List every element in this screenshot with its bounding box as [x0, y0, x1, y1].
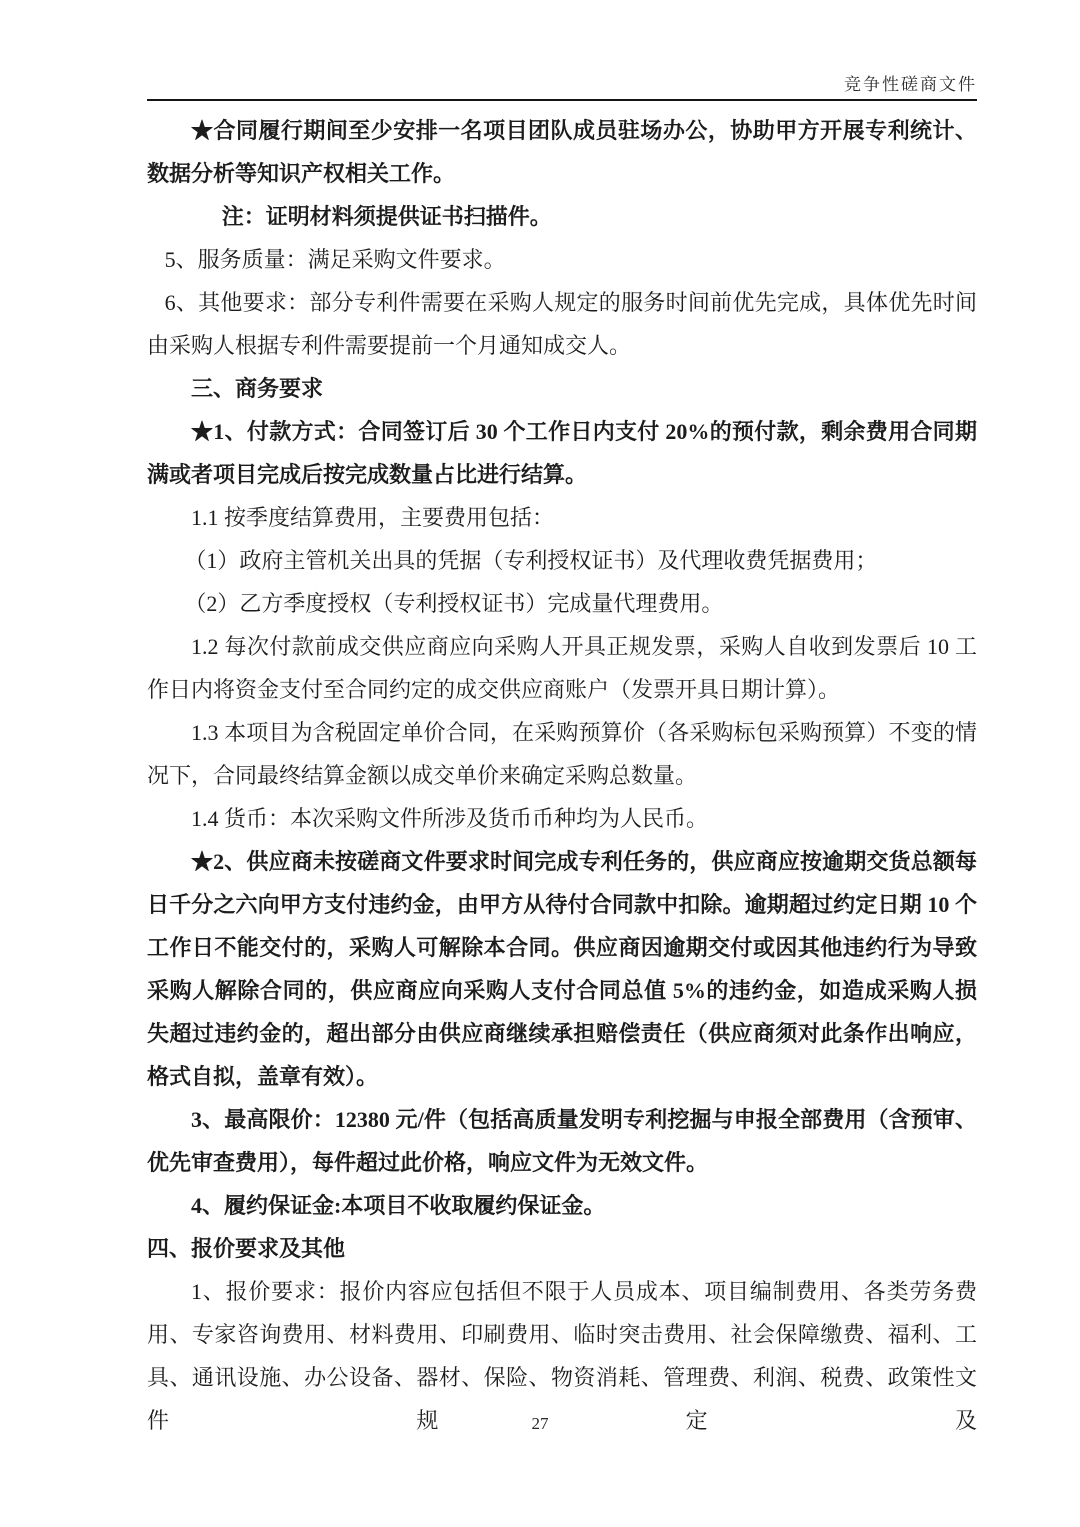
header-title: 竞争性磋商文件: [147, 70, 977, 95]
paragraph-performance-bond: 4、履约保证金:本项目不收取履约保证金。: [147, 1184, 977, 1227]
heading-section-3: 三、商务要求: [147, 367, 977, 410]
paragraph-1-4: 1.4 货币：本次采购文件所涉及货币币种均为人民币。: [147, 797, 977, 840]
document-page: 竞争性磋商文件 ★合同履行期间至少安排一名项目团队成员驻场办公，协助甲方开展专利…: [0, 0, 1080, 1527]
heading-section-4: 四、报价要求及其他: [147, 1227, 977, 1270]
paragraph-1-2: 1.2 每次付款前成交供应商应向采购人开具正规发票，采购人自收到发票后 10 工…: [147, 625, 977, 711]
paragraph-1-1: 1.1 按季度结算费用，主要费用包括：: [147, 496, 977, 539]
page-header: 竞争性磋商文件: [147, 70, 977, 101]
paragraph-item-5: 5、服务质量：满足采购文件要求。: [147, 238, 977, 281]
paragraph-max-price: 3、最高限价：12380 元/件（包括高质量发明专利挖掘与申报全部费用（含预审、…: [147, 1098, 977, 1184]
page-footer: 27: [0, 1414, 1080, 1434]
paragraph-1-3: 1.3 本项目为含税固定单价合同，在采购预算价（各采购标包采购预算）不变的情况下…: [147, 711, 977, 797]
paragraph-item-6: 6、其他要求：部分专利件需要在采购人规定的服务时间前优先完成，具体优先时间由采购…: [147, 281, 977, 367]
paragraph-1-1-sub2: （2）乙方季度授权（专利授权证书）完成量代理费用。: [147, 582, 977, 625]
paragraph-star-payment: ★1、付款方式：合同签订后 30 个工作日内支付 20%的预付款，剩余费用合同期…: [147, 410, 977, 496]
paragraph-1-1-sub1: （1）政府主管机关出具的凭据（专利授权证书）及代理收费凭据费用；: [147, 539, 977, 582]
paragraph-star-onsite: ★合同履行期间至少安排一名项目团队成员驻场办公，协助甲方开展专利统计、数据分析等…: [147, 109, 977, 195]
paragraph-star-penalty: ★2、供应商未按磋商文件要求时间完成专利任务的，供应商应按逾期交货总额每日千分之…: [147, 840, 977, 1098]
paragraph-note: 注：证明材料须提供证书扫描件。: [147, 195, 977, 238]
document-body: ★合同履行期间至少安排一名项目团队成员驻场办公，协助甲方开展专利统计、数据分析等…: [147, 109, 977, 1442]
page-number: 27: [532, 1414, 549, 1433]
